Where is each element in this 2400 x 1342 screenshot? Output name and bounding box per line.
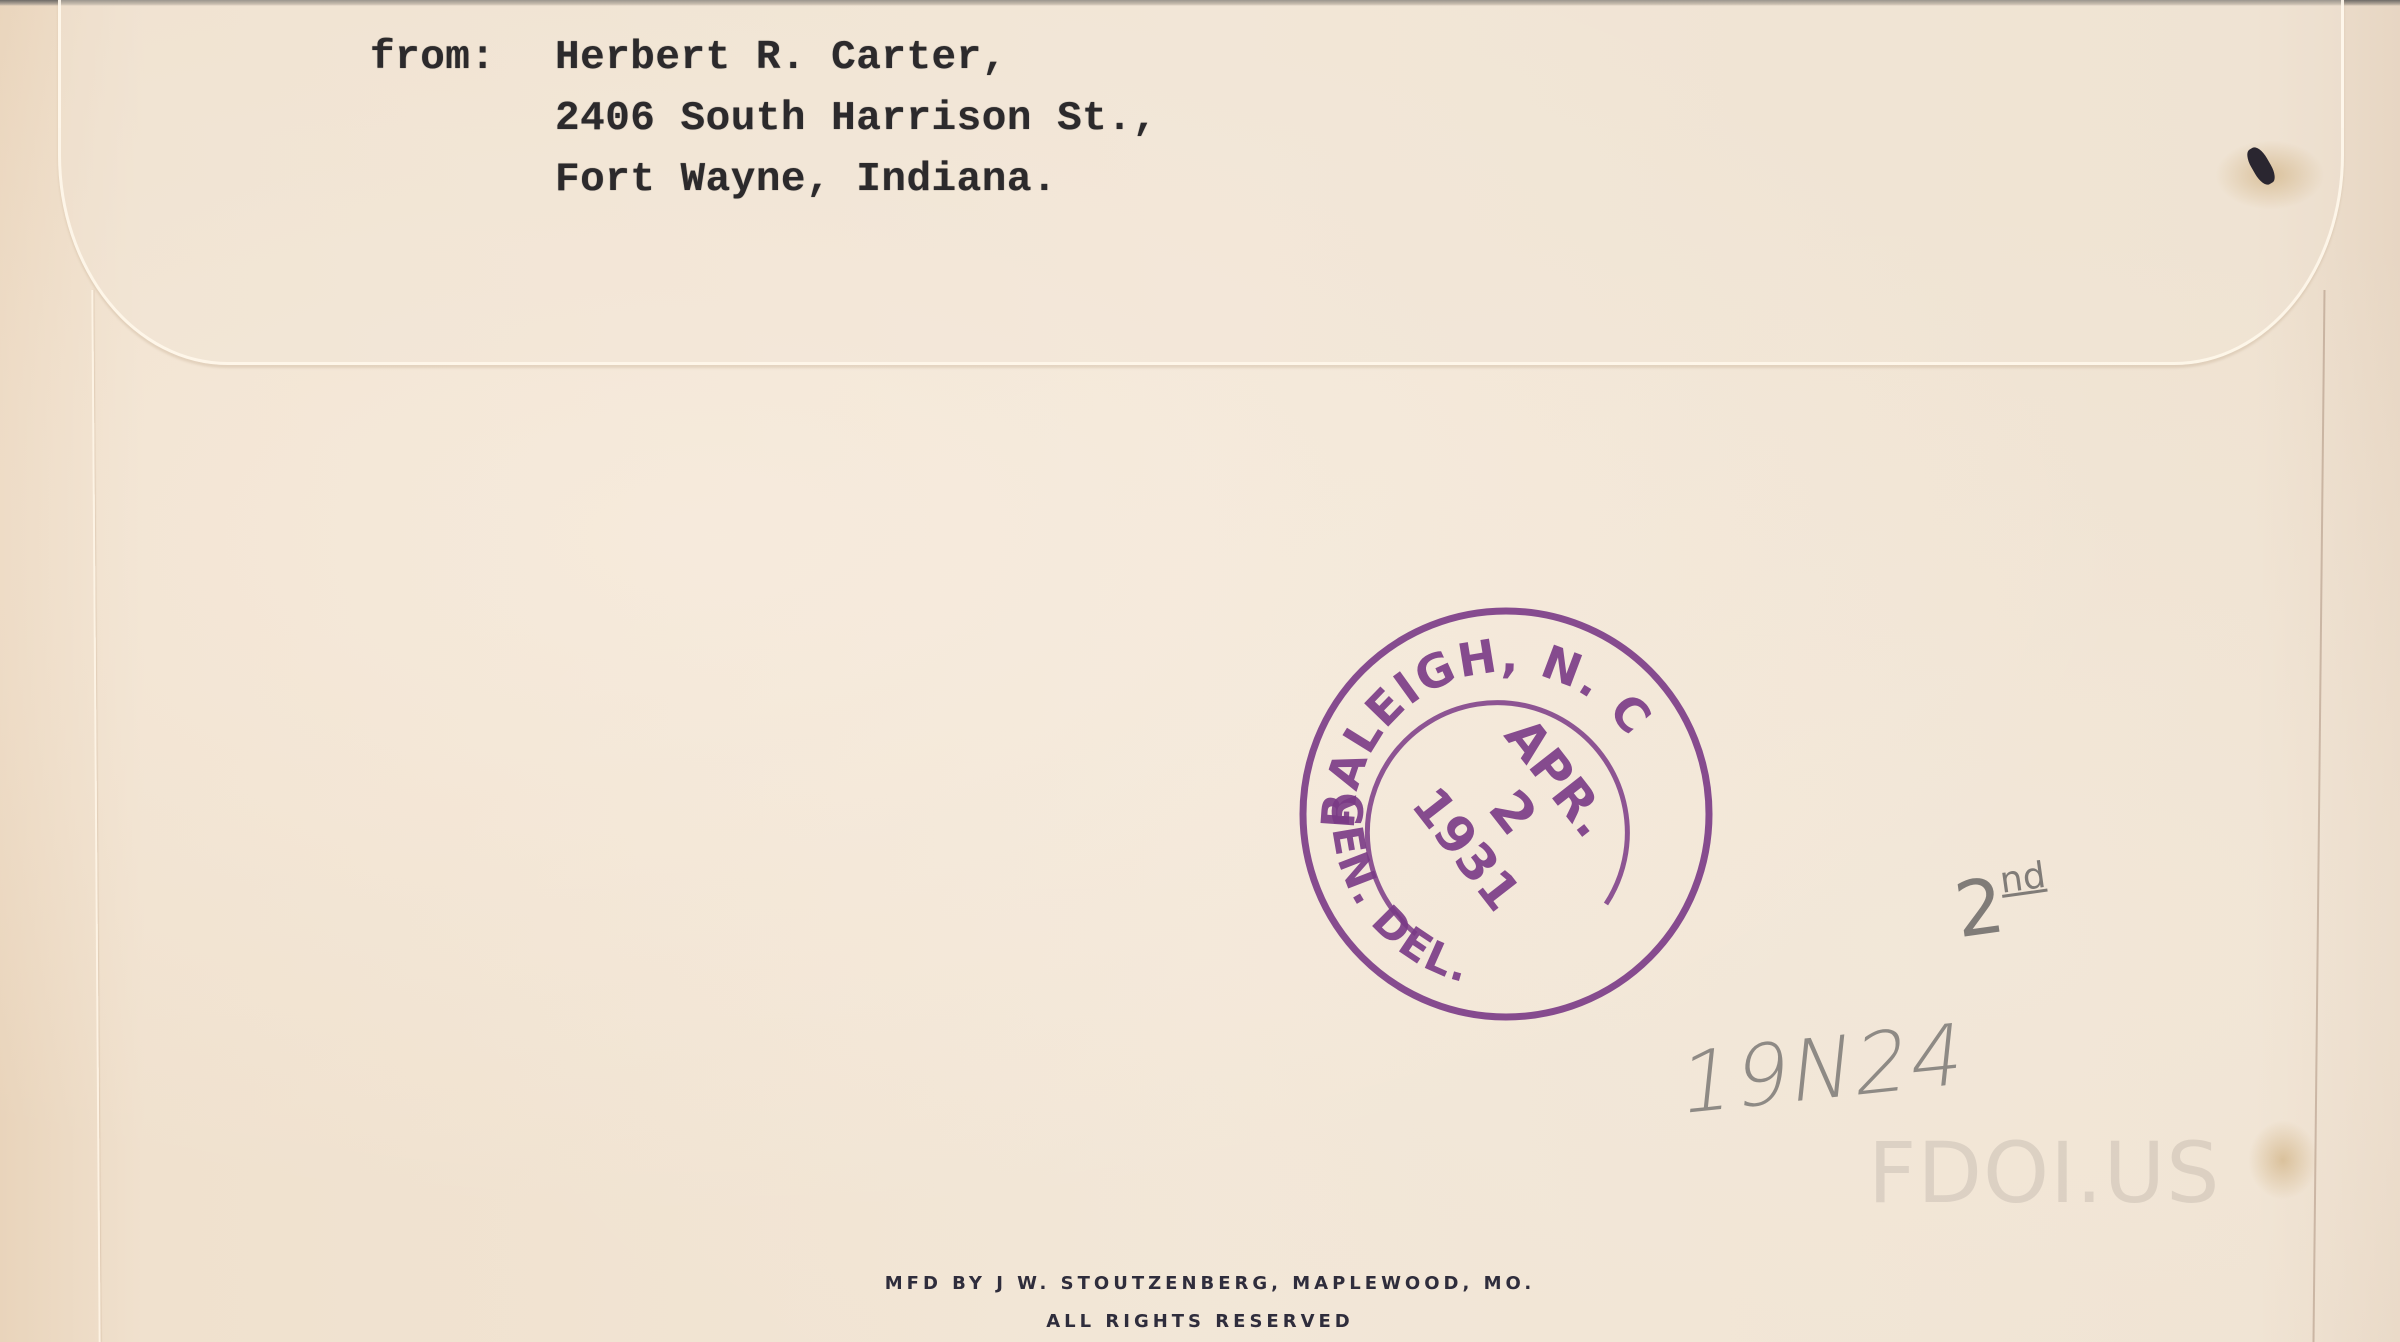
- manufacturer-imprint-line-2: ALL RIGHTS RESERVED: [0, 1311, 2400, 1332]
- return-address-line-1: from: Herbert R. Carter,: [370, 28, 1158, 89]
- manufacturer-imprint-line-1: MFD BY J W. STOUTZENBERG, MAPLEWOOD, MO.: [0, 1273, 2400, 1294]
- pencil-note-second: 2nd: [1949, 854, 2055, 955]
- sender-name: Herbert R. Carter,: [555, 28, 1007, 89]
- envelope-back: from: Herbert R. Carter, 2406 South Harr…: [0, 0, 2400, 1342]
- watermark: FDOI.US: [1868, 1124, 2220, 1222]
- return-address-label: from:: [370, 28, 555, 89]
- pencil-note-code: 19N24: [1676, 1004, 1972, 1134]
- sender-city: Fort Wayne, Indiana.: [555, 150, 1057, 211]
- postmark-circle-icon: RALEIGH, N. C. GEN. DEL. APR. 2 1931: [1296, 604, 1716, 1024]
- stain-bottom-right: [2248, 1120, 2318, 1200]
- return-address: from: Herbert R. Carter, 2406 South Harr…: [370, 28, 1158, 211]
- pencil-note-suffix: nd: [1997, 855, 2048, 902]
- sender-street: 2406 South Harrison St.,: [555, 89, 1158, 150]
- postmark-stamp: RALEIGH, N. C. GEN. DEL. APR. 2 1931: [1296, 604, 1716, 1024]
- return-address-line-3: Fort Wayne, Indiana.: [370, 150, 1158, 211]
- envelope-seam-right: [2312, 290, 2325, 1342]
- envelope-seam-left: [91, 290, 100, 1342]
- return-address-line-2: 2406 South Harrison St.,: [370, 89, 1158, 150]
